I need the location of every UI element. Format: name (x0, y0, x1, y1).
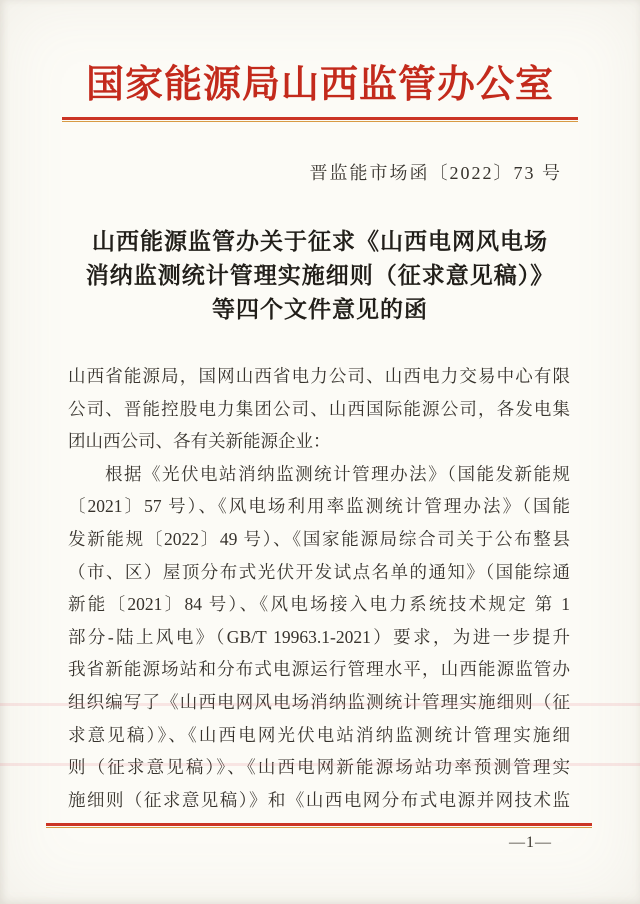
body-line: 部分-陆上风电》（GB/T 19963.1-2021）要求，为进一步提升 (68, 621, 570, 654)
body-line: （市、区）屋顶分布式光伏开发试点名单的通知》（国能综通 (68, 556, 570, 589)
body-line: 我省新能源场站和分布式电源运行管理水平，山西能源监管办 (68, 653, 570, 686)
scan-streak (0, 703, 640, 706)
body-line: 新能〔2021〕84 号）、《风电场接入电力系统技术规定 第 1 (68, 588, 570, 621)
body-line: 公司、晋能控股电力集团公司、山西国际能源公司，各发电集 (68, 393, 570, 426)
footer-rule (46, 823, 592, 828)
body-line: 山西省能源局，国网山西省电力公司、山西电力交易中心有限 (68, 360, 570, 393)
body-line: 团山西公司、各有关新能源企业： (68, 425, 570, 458)
footer-rule-red (46, 823, 592, 826)
letterhead-rule-red (62, 117, 578, 120)
body-line: 则（征求意见稿）》、《山西电网新能源场站功率预测管理实 (68, 751, 570, 784)
document-number: 晋监能市场函〔2022〕73 号 (62, 161, 562, 185)
body-line: 发新能规〔2022〕49 号）、《国家能源局综合司关于公布整县 (68, 523, 570, 556)
body-line: 〔2021〕57 号）、《风电场利用率监测统计管理办法》（国能 (68, 490, 570, 523)
document-title-line: 消纳监测统计管理实施细则（征求意见稿）》 (0, 258, 640, 292)
document-title-line: 山西能源监管办关于征求《山西电网风电场 (0, 224, 640, 258)
letterhead-rule (62, 117, 578, 122)
body-line: 施细则（征求意见稿）》和《山西电网分布式电源并网技术监 (68, 784, 570, 817)
document-title: 山西能源监管办关于征求《山西电网风电场 消纳监测统计管理实施细则（征求意见稿）》… (0, 224, 640, 326)
body-line: 根据《光伏电站消纳监测统计管理办法》（国能发新能规 (68, 458, 570, 491)
scan-streak (0, 763, 640, 766)
footer-rule-gold (46, 827, 592, 828)
document-page: 国家能源局山西监管办公室 晋监能市场函〔2022〕73 号 山西能源监管办关于征… (0, 0, 640, 904)
page-number: —1— (509, 833, 552, 853)
document-title-line: 等四个文件意见的函 (0, 292, 640, 326)
letterhead-rule-gold (62, 121, 578, 122)
letterhead-title: 国家能源局山西监管办公室 (0, 62, 640, 108)
body-line: 求意见稿）》、《山西电网光伏电站消纳监测统计管理实施细 (68, 719, 570, 752)
document-body: 山西省能源局，国网山西省电力公司、山西电力交易中心有限 公司、晋能控股电力集团公… (68, 360, 570, 816)
